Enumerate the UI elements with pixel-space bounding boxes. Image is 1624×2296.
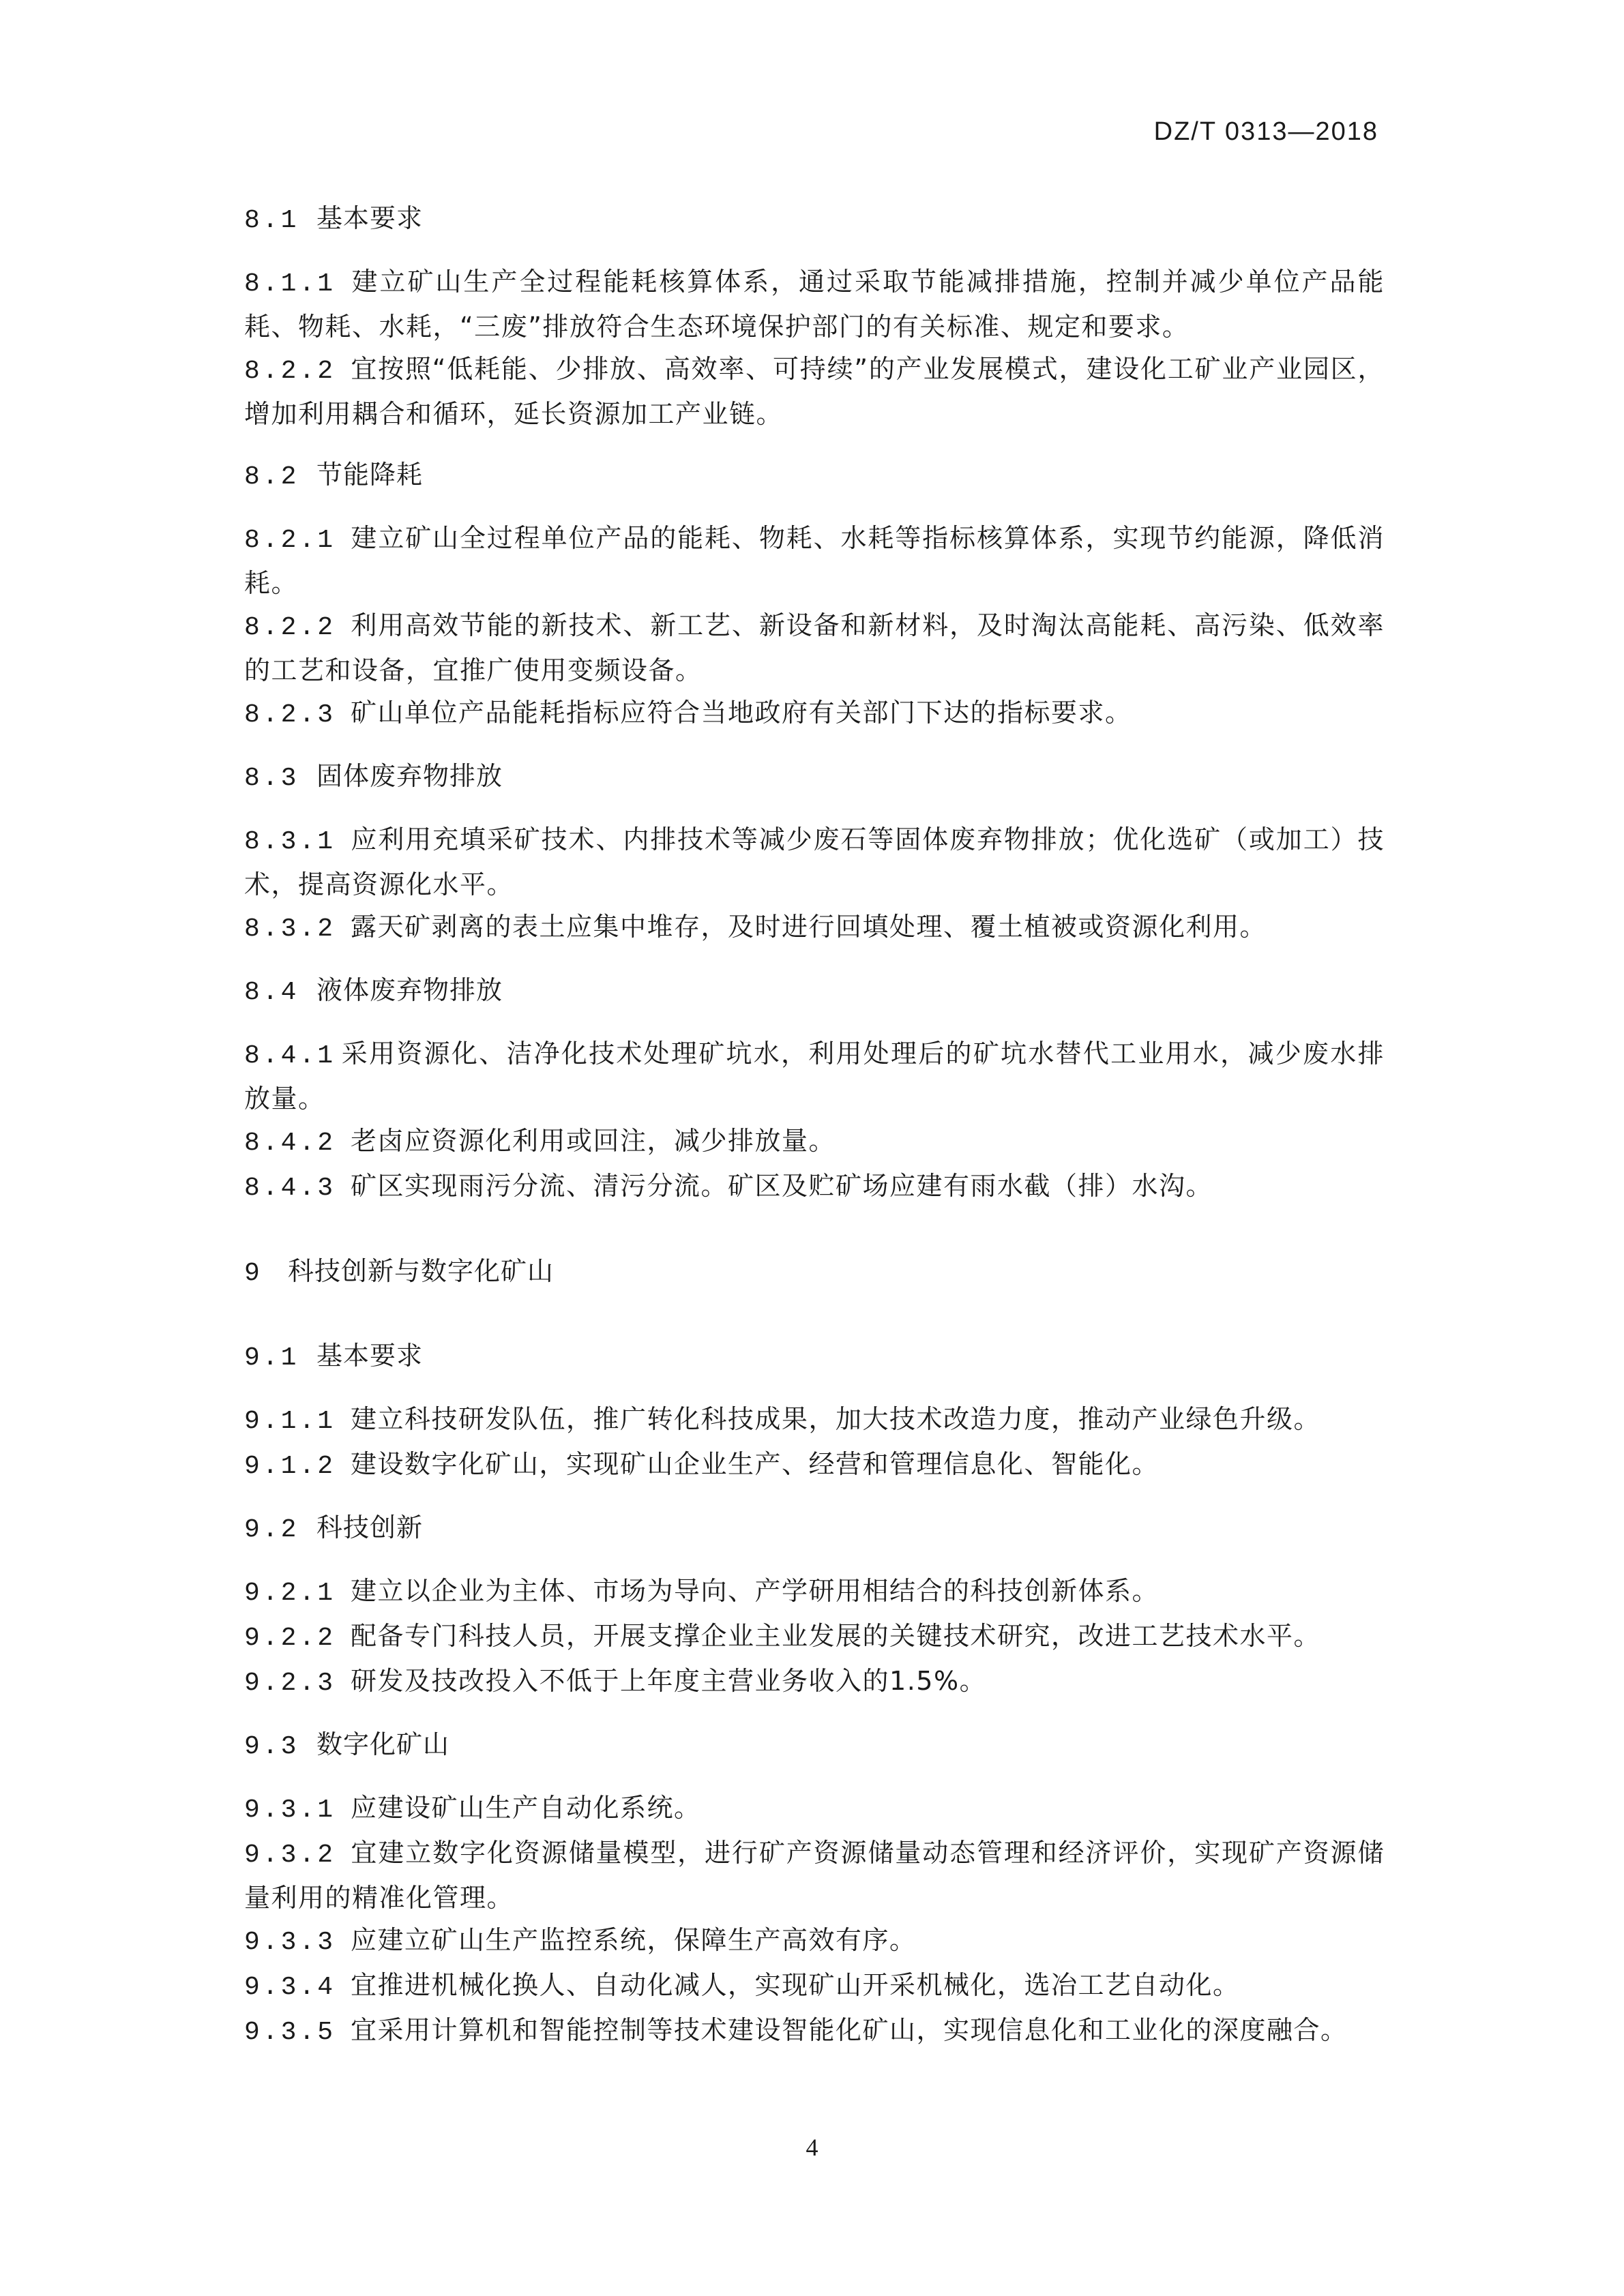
standard-code: DZ/T 0313—2018 — [1154, 117, 1378, 147]
clause-number: 9.1.2 — [244, 1452, 336, 1481]
section-title: 基本要求 — [316, 1341, 423, 1371]
section-heading-8-2: 8.2节能降耗 — [244, 454, 1385, 498]
chapter-title: 科技创新与数字化矿山 — [288, 1256, 554, 1286]
clause-8-2-1: 8.2.1建立矿山全过程单位产品的能耗、物耗、水耗等指标核算体系，实现节约能源，… — [244, 517, 1385, 604]
clause-8-4-3: 8.4.3矿区实现雨污分流、清污分流。矿区及贮矿场应建有雨水截（排）水沟。 — [244, 1165, 1385, 1210]
clause-text: 建立矿山全过程单位产品的能耗、物耗、水耗等指标核算体系，实现节约能源，降低消耗。 — [244, 523, 1385, 598]
clause-text: 利用高效节能的新技术、新工艺、新设备和新材料，及时淘汰高能耗、高污染、低效率的工… — [244, 610, 1385, 685]
section-number: 8.4 — [244, 972, 316, 1013]
section-number: 8.2 — [244, 457, 316, 498]
clause-number: 8.2.2 — [244, 613, 336, 642]
clause-number: 8.2.3 — [244, 700, 336, 730]
clause-number: 8.1.1 — [244, 269, 336, 299]
clause-text: 宜按照“低耗能、少排放、高效率、可持续”的产业发展模式，建设化工矿业产业园区，增… — [244, 354, 1385, 429]
section-number: 9.2 — [244, 1510, 316, 1551]
clause-text: 应利用充填采矿技术、内排技术等减少废石等固体废弃物排放；优化选矿（或加工）技术，… — [244, 824, 1385, 899]
document-body: 8.1基本要求 8.1.1建立矿山生产全过程能耗核算体系，通过采取节能减排措施，… — [244, 198, 1385, 2054]
clause-9-2-2: 9.2.2配备专门科技人员，开展支撑企业主业发展的关键技术研究，改进工艺技术水平… — [244, 1615, 1385, 1660]
section-title: 固体废弃物排放 — [316, 761, 503, 791]
clause-number: 9.2.3 — [244, 1669, 336, 1698]
clause-number: 9.3.1 — [244, 1795, 336, 1825]
clause-number: 8.4.1 — [244, 1041, 336, 1071]
section-number: 9.3 — [244, 1727, 316, 1768]
clause-text: 配备专门科技人员，开展支撑企业主业发展的关键技术研究，改进工艺技术水平。 — [351, 1621, 1320, 1651]
clause-text: 建设数字化矿山，实现矿山企业生产、经营和管理信息化、智能化。 — [351, 1449, 1159, 1479]
section-heading-8-3: 8.3固体废弃物排放 — [244, 756, 1385, 799]
section-title: 液体废弃物排放 — [316, 975, 503, 1005]
clause-text: 应建立矿山生产监控系统，保障生产高效有序。 — [351, 1925, 917, 1955]
clause-number: 9.3.3 — [244, 1928, 336, 1957]
section-title: 数字化矿山 — [316, 1729, 449, 1759]
clause-text: 研发及技改投入不低于上年度主营业务收入的1.5%。 — [351, 1666, 986, 1696]
section-title: 科技创新 — [316, 1512, 423, 1542]
clause-8-2-3: 8.2.3矿山单位产品能耗指标应符合当地政府有关部门下达的指标要求。 — [244, 691, 1385, 736]
clause-text: 老卤应资源化利用或回注，减少排放量。 — [351, 1126, 836, 1156]
clause-number: 9.2.2 — [244, 1624, 336, 1653]
clause-number: 9.2.1 — [244, 1579, 336, 1608]
section-heading-9-1: 9.1基本要求 — [244, 1335, 1385, 1379]
clause-number: 8.3.2 — [244, 914, 336, 944]
section-title: 节能降耗 — [316, 460, 423, 490]
clause-number: 9.3.4 — [244, 1973, 336, 2002]
clause-number: 8.4.2 — [244, 1129, 336, 1158]
section-title: 基本要求 — [316, 203, 423, 233]
clause-8-3-1: 8.3.1应利用充填采矿技术、内排技术等减少废石等固体废弃物排放；优化选矿（或加… — [244, 818, 1385, 906]
section-number: 9.1 — [244, 1338, 316, 1379]
section-number: 8.3 — [244, 758, 316, 799]
clause-9-3-1: 9.3.1应建设矿山生产自动化系统。 — [244, 1787, 1385, 1832]
clause-text: 采用资源化、洁净化技术处理矿坑水，利用处理后的矿坑水替代工业用水，减少废水排放量… — [244, 1039, 1385, 1114]
chapter-number: 9 — [244, 1253, 288, 1294]
clause-number: 9.3.5 — [244, 2018, 336, 2047]
clause-text: 矿区实现雨污分流、清污分流。矿区及贮矿场应建有雨水截（排）水沟。 — [351, 1171, 1213, 1201]
clause-9-2-3: 9.2.3研发及技改投入不低于上年度主营业务收入的1.5%。 — [244, 1660, 1385, 1705]
clause-text: 矿山单位产品能耗指标应符合当地政府有关部门下达的指标要求。 — [351, 698, 1132, 728]
clause-number: 9.3.2 — [244, 1840, 336, 1870]
clause-8-1-1: 8.1.1建立矿山生产全过程能耗核算体系，通过采取节能减排措施，控制并减少单位产… — [244, 260, 1385, 348]
clause-text: 应建设矿山生产自动化系统。 — [351, 1793, 701, 1823]
chapter-heading-9: 9科技创新与数字化矿山 — [244, 1251, 1385, 1294]
clause-8-3-2: 8.3.2露天矿剥离的表土应集中堆存，及时进行回填处理、覆土植被或资源化利用。 — [244, 906, 1385, 951]
clause-text: 建立矿山生产全过程能耗核算体系，通过采取节能减排措施，控制并减少单位产品能耗、物… — [244, 267, 1385, 342]
clause-number: 8.2.1 — [244, 526, 336, 555]
clause-text: 建立科技研发队伍，推广转化科技成果，加大技术改造力度，推动产业绿色升级。 — [351, 1404, 1320, 1434]
section-heading-9-2: 9.2科技创新 — [244, 1507, 1385, 1551]
clause-8-4-1: 8.4.1采用资源化、洁净化技术处理矿坑水，利用处理后的矿坑水替代工业用水，减少… — [244, 1032, 1385, 1120]
clause-8-2-2: 8.2.2利用高效节能的新技术、新工艺、新设备和新材料，及时淘汰高能耗、高污染、… — [244, 604, 1385, 691]
clause-9-3-2: 9.3.2宜建立数字化资源储量模型，进行矿产资源储量动态管理和经济评价，实现矿产… — [244, 1832, 1385, 1919]
clause-text: 露天矿剥离的表土应集中堆存，及时进行回填处理、覆土植被或资源化利用。 — [351, 912, 1267, 942]
section-heading-8-1: 8.1基本要求 — [244, 198, 1385, 241]
clause-number: 9.1.1 — [244, 1407, 336, 1436]
clause-text: 宜采用计算机和智能控制等技术建设智能化矿山，实现信息化和工业化的深度融合。 — [351, 2015, 1348, 2045]
page-number: 4 — [0, 2133, 1624, 2162]
clause-9-3-3: 9.3.3应建立矿山生产监控系统，保障生产高效有序。 — [244, 1919, 1385, 1964]
clause-9-3-5: 9.3.5宜采用计算机和智能控制等技术建设智能化矿山，实现信息化和工业化的深度融… — [244, 2009, 1385, 2054]
clause-8-4-2: 8.4.2老卤应资源化利用或回注，减少排放量。 — [244, 1120, 1385, 1165]
section-number: 8.1 — [244, 200, 316, 241]
clause-9-3-4: 9.3.4宜推进机械化换人、自动化减人，实现矿山开采机械化，选冶工艺自动化。 — [244, 1964, 1385, 2009]
section-heading-9-3: 9.3数字化矿山 — [244, 1724, 1385, 1768]
clause-9-1-1: 9.1.1建立科技研发队伍，推广转化科技成果，加大技术改造力度，推动产业绿色升级… — [244, 1398, 1385, 1443]
clause-text: 建立以企业为主体、市场为导向、产学研用相结合的科技创新体系。 — [351, 1576, 1159, 1606]
clause-text: 宜推进机械化换人、自动化减人，实现矿山开采机械化，选冶工艺自动化。 — [351, 1970, 1240, 2000]
clause-number: 8.4.3 — [244, 1174, 336, 1203]
clause-number: 8.2.2 — [244, 357, 336, 386]
section-heading-8-4: 8.4液体废弃物排放 — [244, 970, 1385, 1013]
document-page: DZ/T 0313—2018 8.1基本要求 8.1.1建立矿山生产全过程能耗核… — [0, 0, 1624, 2296]
clause-9-2-1: 9.2.1建立以企业为主体、市场为导向、产学研用相结合的科技创新体系。 — [244, 1570, 1385, 1615]
clause-9-1-2: 9.1.2建设数字化矿山，实现矿山企业生产、经营和管理信息化、智能化。 — [244, 1443, 1385, 1488]
clause-number: 8.3.1 — [244, 827, 336, 856]
clause-8-2-2-a: 8.2.2宜按照“低耗能、少排放、高效率、可持续”的产业发展模式，建设化工矿业产… — [244, 348, 1385, 435]
clause-text: 宜建立数字化资源储量模型，进行矿产资源储量动态管理和经济评价，实现矿产资源储量利… — [244, 1838, 1385, 1913]
